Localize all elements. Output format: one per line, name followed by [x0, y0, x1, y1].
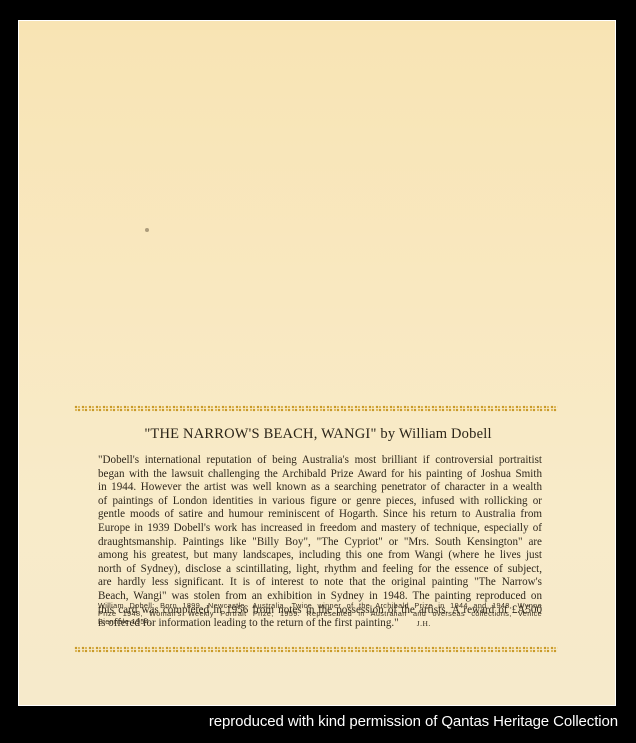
credit-caption: reproduced with kind permission of Qanta…	[209, 713, 618, 730]
paper-speck	[145, 228, 149, 232]
body-line: are hardly less significant. It is of in…	[98, 576, 542, 590]
body-line: Europe in 1939 Dobell's work has increas…	[98, 522, 542, 536]
body-line: "Dobell's international reputation of be…	[98, 454, 542, 468]
body-line: began with the lawsuit challenging the A…	[98, 468, 542, 482]
body-line: draughtsmanship. Paintings like "Billy B…	[98, 536, 542, 550]
body-line: of paintings of London identities in var…	[98, 495, 542, 509]
artist-bio: William Dobell: Born 1899, Newcastle, Au…	[98, 602, 542, 627]
body-line: gentle moods of satire and humour remini…	[98, 508, 542, 522]
body-line: among his greatest, but many landscapes,…	[98, 549, 542, 563]
bio-line: Prize 1948, Woman's Weekly Portrait Priz…	[98, 610, 542, 618]
body-line: north of Sydney), disclose a scintillati…	[98, 563, 542, 577]
ornamental-border-top	[74, 405, 558, 412]
body-line: in 1944. However the artist was well kno…	[98, 481, 542, 495]
card-title: "THE NARROW'S BEACH, WANGI" by William D…	[19, 426, 617, 443]
ornamental-border-bottom	[74, 646, 558, 653]
card-page: "THE NARROW'S BEACH, WANGI" by William D…	[18, 20, 616, 706]
bio-line: Biennale 1954.	[98, 618, 542, 626]
